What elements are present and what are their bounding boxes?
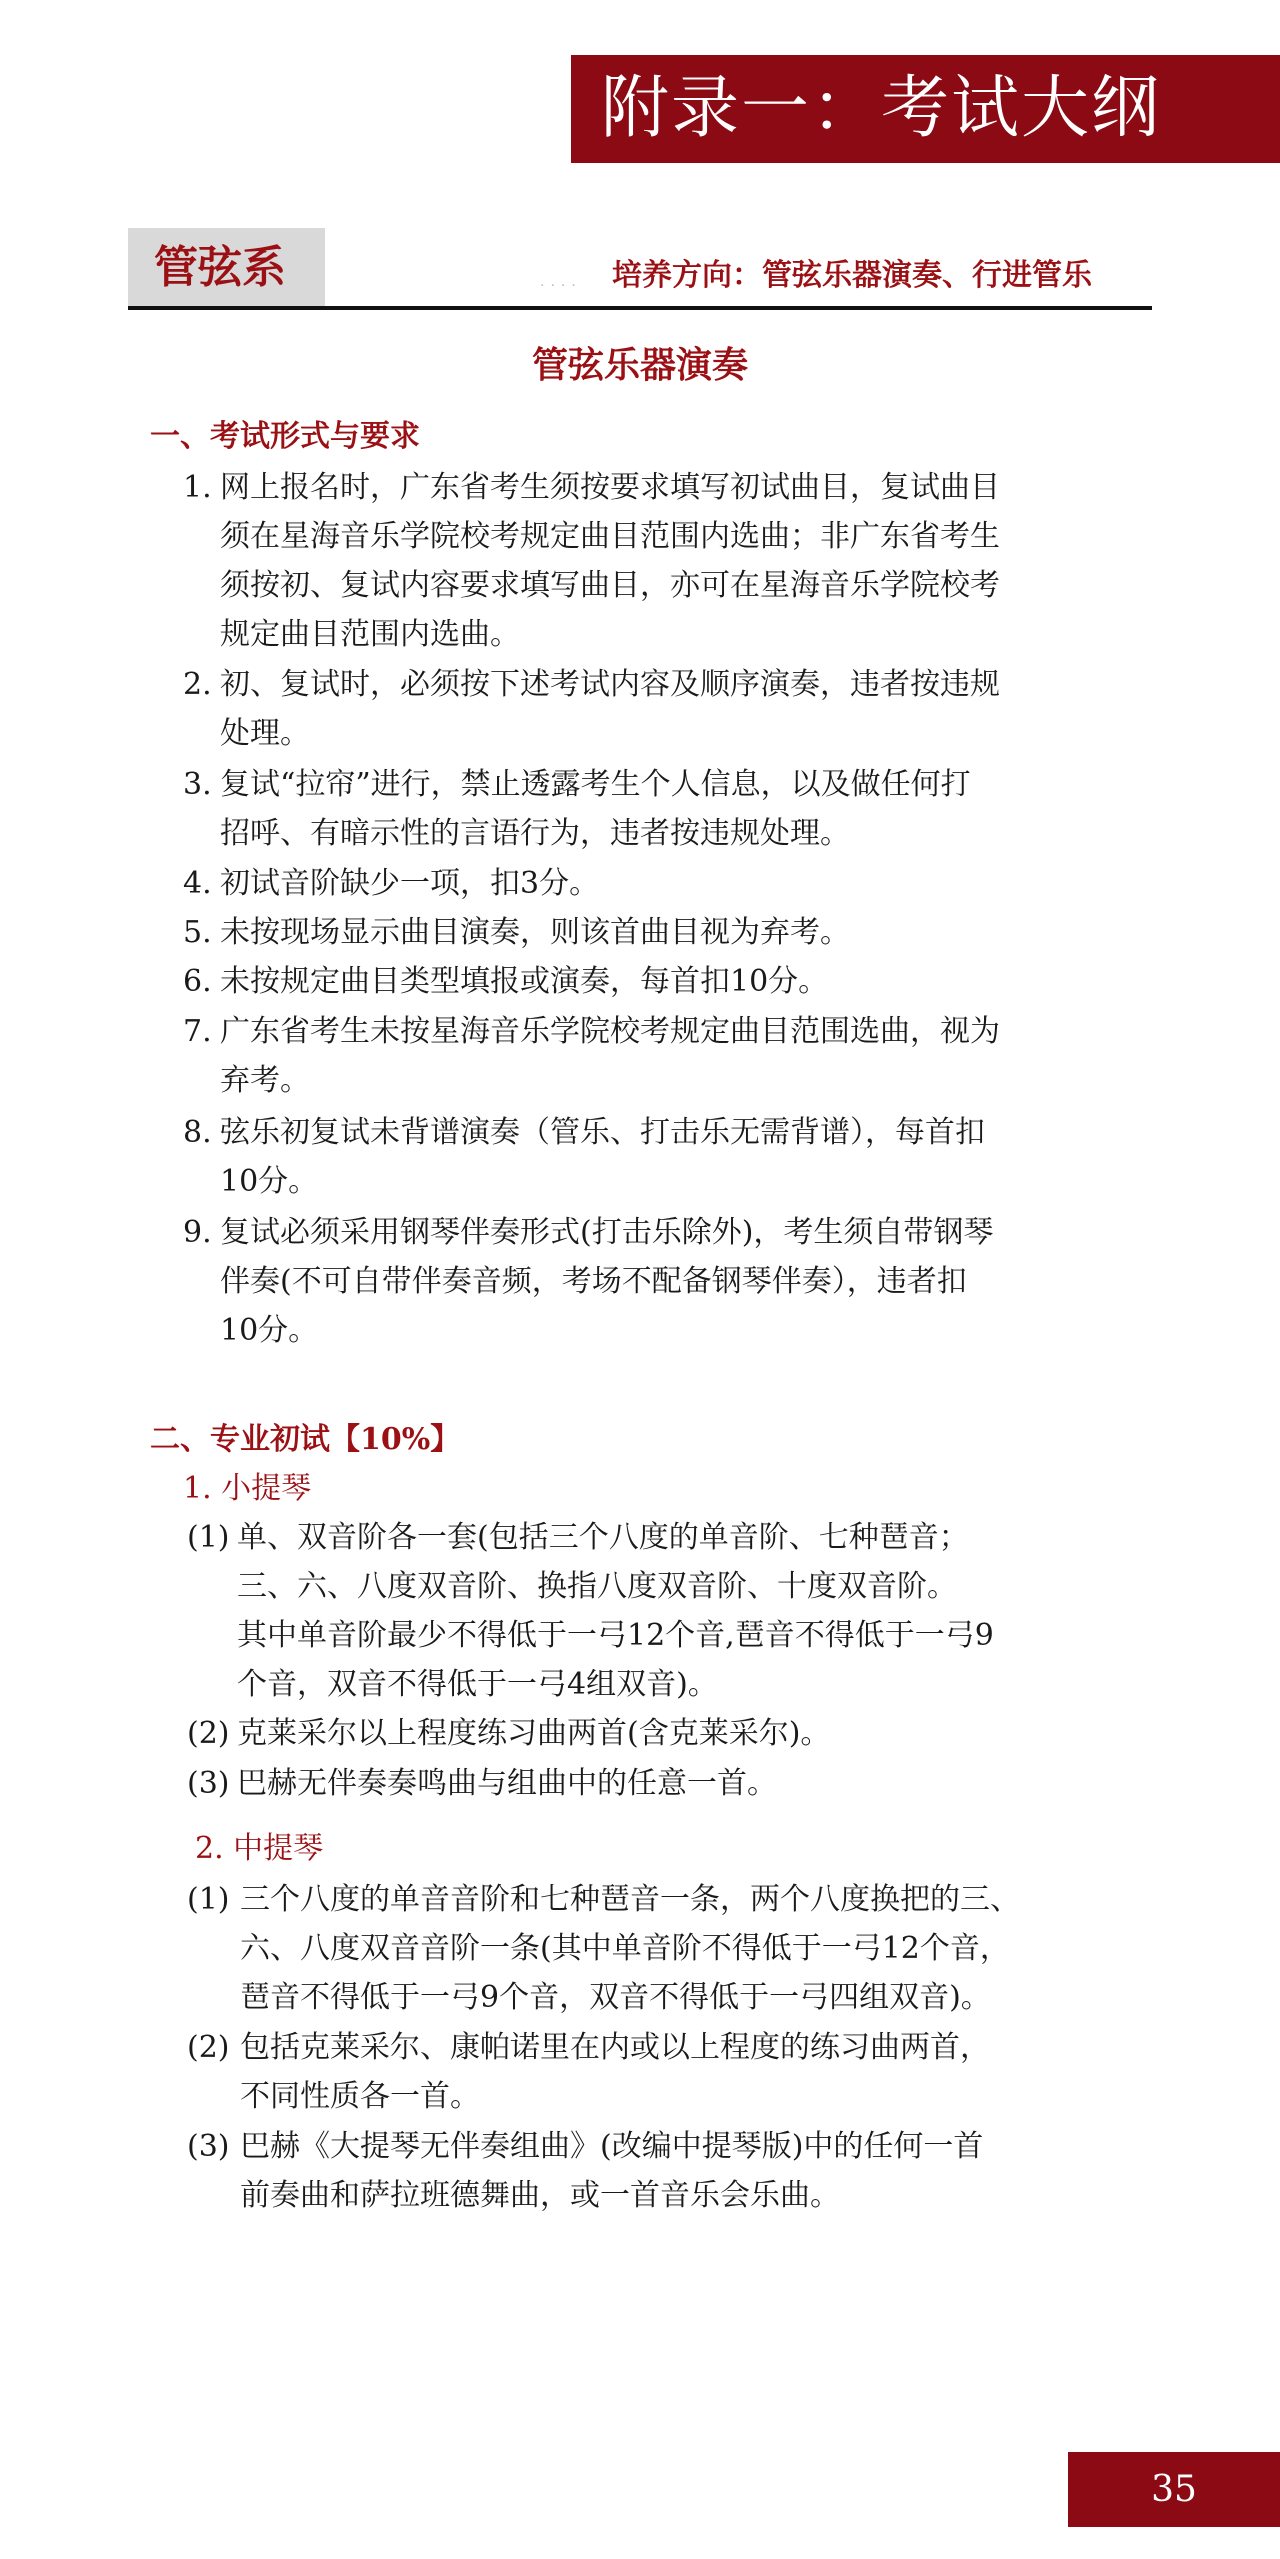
requirement-number: (3) — [187, 1764, 230, 1804]
rule-number: 5. — [183, 913, 212, 953]
program-title: 管弦乐器演奏 — [0, 342, 1280, 390]
training-direction: 培养方向：管弦乐器演奏、行进管乐 — [612, 256, 1092, 296]
appendix-title-banner: 附录一：考试大纲 — [571, 55, 1280, 163]
header-divider — [128, 306, 1152, 310]
section-heading-preliminary: 二、专业初试【10%】 — [150, 1420, 460, 1460]
rule-number: 9. — [183, 1213, 212, 1253]
requirement-text-line: 其中单音阶最少不得低于一弓12个音,琶音不得低于一弓9 — [237, 1616, 994, 1656]
department-name: 管弦系 — [154, 240, 286, 296]
rule-text-line: 须在星海音乐学院校考规定曲目范围内选曲；非广东省考生 — [220, 517, 1000, 557]
appendix-title: 附录一：考试大纲 — [601, 67, 1161, 151]
rule-number: 1. — [183, 468, 212, 508]
rule-text-line: 须按初、复试内容要求填写曲目，亦可在星海音乐学院校考 — [220, 566, 1000, 606]
rule-number: 3. — [183, 765, 212, 805]
requirement-text-line: 克莱采尔以上程度练习曲两首(含克莱采尔)。 — [237, 1714, 830, 1754]
rule-text-line: 10分。 — [220, 1162, 318, 1202]
rule-text-line: 未按现场显示曲目演奏，则该首曲目视为弃考。 — [220, 913, 850, 953]
requirement-number: (2) — [187, 1714, 230, 1754]
requirement-text-line: 巴赫《大提琴无伴奏组曲》(改编中提琴版)中的任何一首 — [240, 2127, 983, 2167]
requirement-number: (1) — [187, 1518, 230, 1558]
rule-number: 4. — [183, 864, 212, 904]
rule-text-line: 复试“拉帘”进行，禁止透露考生个人信息，以及做任何打 — [220, 765, 971, 805]
requirement-text-line: 琶音不得低于一弓9个音，双音不得低于一弓四组双音)。 — [240, 1978, 991, 2018]
rule-text-line: 广东省考生未按星海音乐学院校考规定曲目范围选曲，视为 — [220, 1012, 1000, 1052]
department-label-box: 管弦系 — [128, 228, 325, 308]
rule-number: 7. — [183, 1012, 212, 1052]
page-number: 35 — [1068, 2468, 1280, 2512]
subheading-violin: 1. 小提琴 — [183, 1469, 311, 1509]
rule-number: 6. — [183, 962, 212, 1002]
rule-text-line: 招呼、有暗示性的言语行为，违者按违规处理。 — [220, 814, 850, 854]
rule-text-line: 10分。 — [220, 1311, 318, 1351]
rule-text-line: 处理。 — [220, 714, 310, 754]
requirement-text-line: 单、双音阶各一套(包括三个八度的单音阶、七种琶音； — [237, 1518, 969, 1558]
rule-text-line: 规定曲目范围内选曲。 — [220, 615, 520, 655]
section-heading-exam-format: 一、考试形式与要求 — [150, 417, 420, 457]
rule-text-line: 未按规定曲目类型填报或演奏，每首扣10分。 — [220, 962, 828, 1002]
rule-text-line: 初、复试时，必须按下述考试内容及顺序演奏，违者按违规 — [220, 665, 1000, 705]
rule-text-line: 伴奏(不可自带伴奏音频，考场不配备钢琴伴奏），违者扣 — [220, 1262, 967, 1302]
requirement-text-line: 不同性质各一首。 — [240, 2077, 480, 2117]
rule-text-line: 弦乐初复试未背谱演奏（管乐、打击乐无需背谱），每首扣 — [220, 1113, 985, 1153]
rule-text-line: 初试音阶缺少一项，扣3分。 — [220, 864, 599, 904]
rule-text-line: 网上报名时，广东省考生须按要求填写初试曲目，复试曲目 — [220, 468, 1000, 508]
rule-number: 2. — [183, 665, 212, 705]
requirement-text-line: 三个八度的单音音阶和七种琶音一条，两个八度换把的三、 — [240, 1880, 1020, 1920]
requirement-text-line: 个音，双音不得低于一弓4组双音)。 — [237, 1665, 718, 1705]
requirement-text-line: 巴赫无伴奏奏鸣曲与组曲中的任意一首。 — [237, 1764, 777, 1804]
page-number-box: 35 — [1068, 2452, 1280, 2527]
requirement-text-line: 包括克莱采尔、康帕诺里在内或以上程度的练习曲两首， — [240, 2028, 990, 2068]
requirement-number: (3) — [187, 2127, 230, 2167]
subheading-viola: 2. 中提琴 — [195, 1829, 323, 1869]
rule-text-line: 弃考。 — [220, 1061, 310, 1101]
requirement-text-line: 六、八度双音音阶一条(其中单音阶不得低于一弓12个音， — [240, 1929, 1010, 1969]
rule-number: 8. — [183, 1113, 212, 1153]
leader-dots: .... — [540, 274, 582, 290]
requirement-number: (1) — [187, 1880, 230, 1920]
requirement-number: (2) — [187, 2028, 230, 2068]
rule-text-line: 复试必须采用钢琴伴奏形式(打击乐除外)，考生须自带钢琴 — [220, 1213, 993, 1253]
requirement-text-line: 前奏曲和萨拉班德舞曲，或一首音乐会乐曲。 — [240, 2176, 840, 2216]
requirement-text-line: 三、六、八度双音阶、换指八度双音阶、十度双音阶。 — [237, 1567, 957, 1607]
